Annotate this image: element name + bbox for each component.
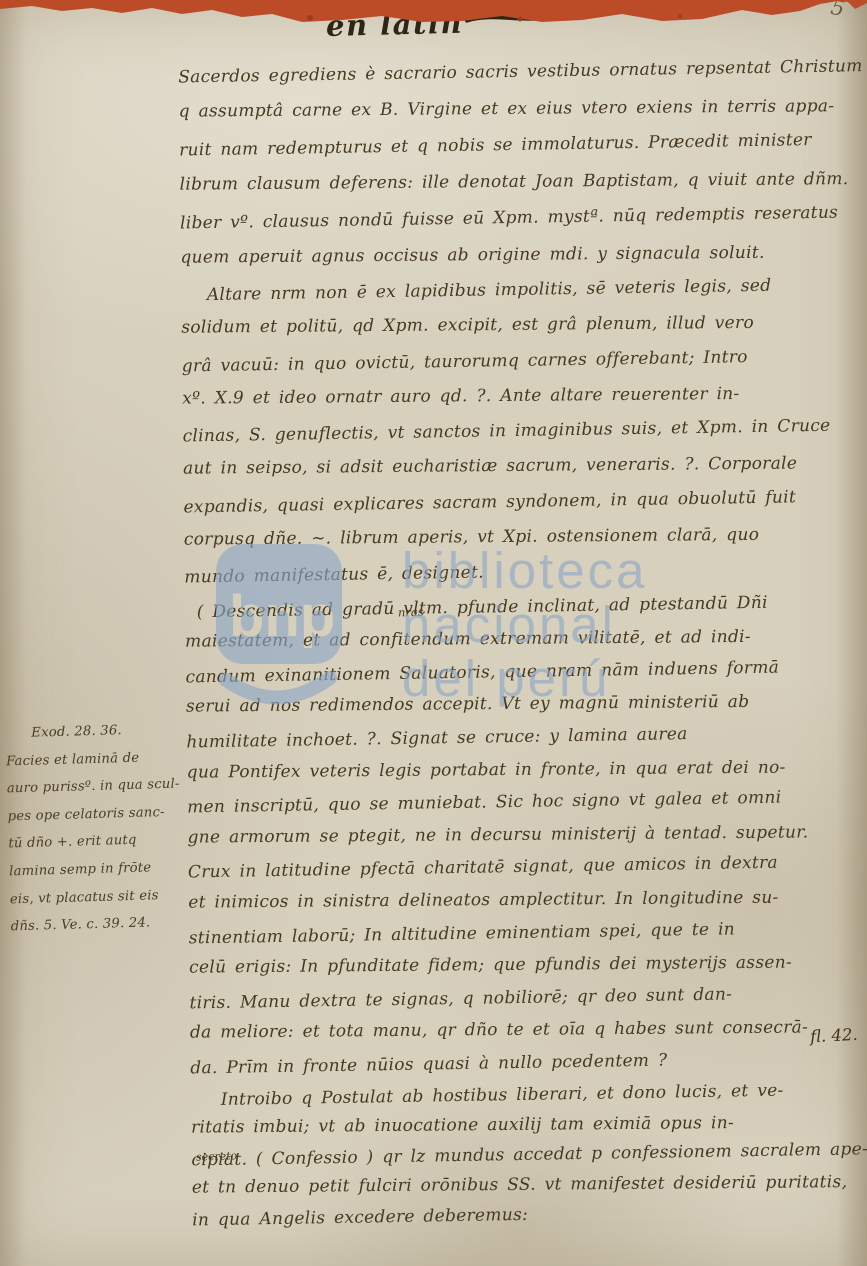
margin-note-line: pes ope celatoris sanc-: [7, 798, 178, 830]
manuscript-paragraph: ( Descendis ad gradū vltm. pfunde inclin…: [185, 586, 867, 1083]
interlinear-insertion: nras: [398, 605, 424, 620]
manuscript-paragraph: Altare nrm non ē ex lapidibus impolitis,…: [181, 269, 867, 595]
margin-note-line: eis, vt placatus sit eis: [10, 881, 181, 913]
margin-note-line: dñs. 5. Ve. c. 39. 24.: [10, 909, 181, 941]
margin-note: Exod. 28. 36. Facies et laminā de auro p…: [5, 716, 181, 941]
interlinear-insertion: secreto: [196, 1149, 238, 1163]
folio-reference: fl. 42.: [810, 1025, 859, 1046]
manuscript-text-block: Sacerdos egrediens è sacrario sacris ves…: [178, 50, 867, 1234]
manuscript-paragraph: Introibo q Postulat ab hostibus liberari…: [191, 1075, 867, 1233]
manuscript-paragraph: Sacerdos egrediens è sacrario sacris ves…: [178, 50, 867, 277]
red-page-edge: [0, 0, 867, 26]
manuscript-page: 5 en latin Sacerdos egrediens è sacrario…: [0, 0, 867, 1266]
